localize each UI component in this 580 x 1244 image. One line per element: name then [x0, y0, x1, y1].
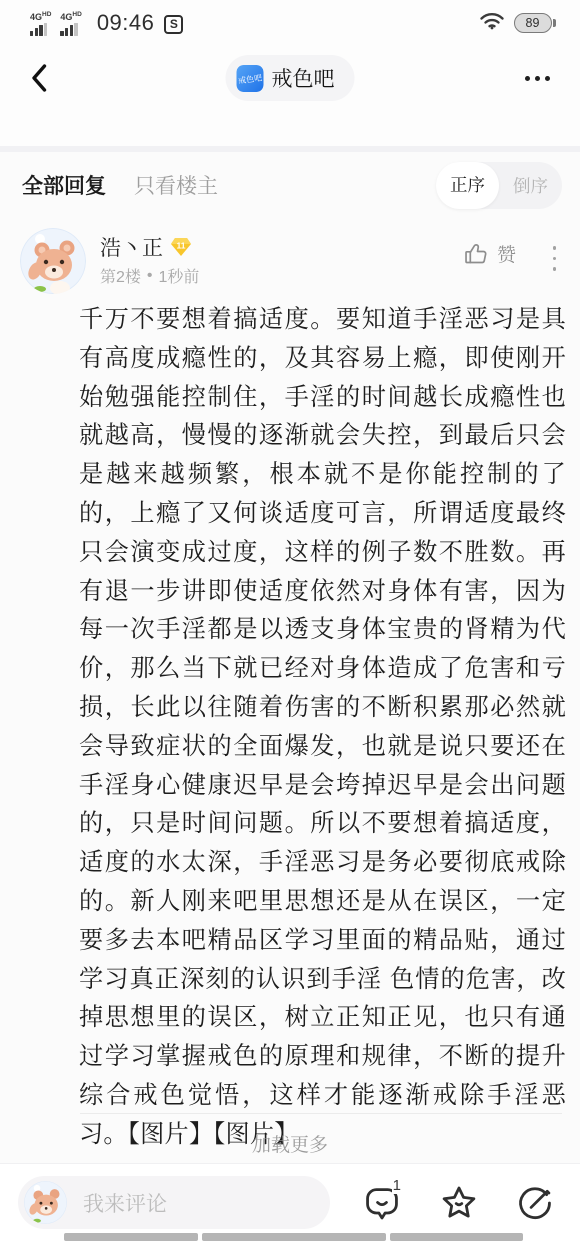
- like-label: 赞: [497, 240, 516, 267]
- sort-descending-button[interactable]: 倒序: [499, 173, 562, 198]
- star-icon: [439, 1183, 479, 1223]
- comments-count-badge: 1: [392, 1177, 402, 1194]
- post-time: 1秒前: [159, 264, 200, 287]
- thumb-up-icon: [463, 240, 490, 267]
- author-name[interactable]: 浩丶正: [100, 232, 163, 262]
- post-more-button[interactable]: [549, 242, 561, 275]
- forum-app-icon: 戒色吧: [237, 65, 264, 92]
- comment-placeholder: 我来评论: [83, 1188, 167, 1218]
- wifi-icon: [479, 11, 505, 36]
- favorite-button[interactable]: [437, 1181, 481, 1225]
- load-more-button[interactable]: 加载更多: [0, 1124, 580, 1163]
- like-button[interactable]: 赞: [463, 240, 516, 267]
- floor-number: 第2楼: [100, 264, 141, 287]
- comment-input[interactable]: 我来评论: [18, 1176, 330, 1229]
- post-meta: 第2楼 • 1秒前: [100, 264, 199, 287]
- comment-toolbar: 我来评论 1: [0, 1163, 580, 1244]
- battery-icon: 89: [514, 13, 557, 33]
- more-menu-button[interactable]: [525, 66, 550, 91]
- post-header: 浩丶正 11 第2楼 • 1秒前 赞: [20, 226, 562, 296]
- comments-button[interactable]: 1: [360, 1181, 404, 1225]
- load-more-divider: [80, 1113, 562, 1114]
- chevron-left-icon: [30, 63, 48, 93]
- carrier-badge-2: 4GHD: [60, 10, 81, 22]
- screenshot-icon: S: [164, 15, 183, 34]
- compose-button[interactable]: [513, 1181, 557, 1225]
- sort-order-toggle: 正序 倒序: [436, 162, 562, 209]
- carrier-badge: 4GHD: [30, 10, 51, 22]
- author-avatar[interactable]: [20, 228, 86, 294]
- nav-hint-bar-left[interactable]: [64, 1233, 198, 1241]
- compose-icon: [515, 1183, 555, 1223]
- battery-level: 89: [514, 13, 552, 33]
- svg-text:11: 11: [177, 241, 186, 251]
- sort-ascending-button[interactable]: 正序: [436, 162, 499, 209]
- status-bar: 4GHD 4GHD 09:46 S 89: [0, 0, 580, 42]
- post-body-text: 千万不要想着搞适度。要知道手淫恶习是具有高度成瘾性的，及其容易上瘾，即使刚开始勉…: [79, 301, 566, 1155]
- my-avatar: [24, 1181, 67, 1224]
- nav-bar: 戒色吧 戒色吧: [0, 42, 580, 114]
- back-button[interactable]: [30, 61, 60, 95]
- forum-title-pill[interactable]: 戒色吧 戒色吧: [226, 55, 355, 101]
- nav-hint-bar-right[interactable]: [390, 1233, 523, 1241]
- level-badge-icon: 11: [170, 236, 192, 258]
- nav-hint-bar-center[interactable]: [202, 1233, 386, 1241]
- status-time: 09:46: [97, 10, 155, 36]
- signal-bars-icon-2: 4GHD: [60, 10, 81, 36]
- meta-dot: •: [147, 267, 153, 285]
- signal-bars-icon: 4GHD: [30, 10, 51, 36]
- reply-filter-bar: 全部回复 只看楼主 正序 倒序: [22, 160, 562, 210]
- tab-all-replies[interactable]: 全部回复: [22, 170, 106, 200]
- tab-host-only[interactable]: 只看楼主: [134, 170, 218, 200]
- forum-title: 戒色吧: [272, 63, 335, 93]
